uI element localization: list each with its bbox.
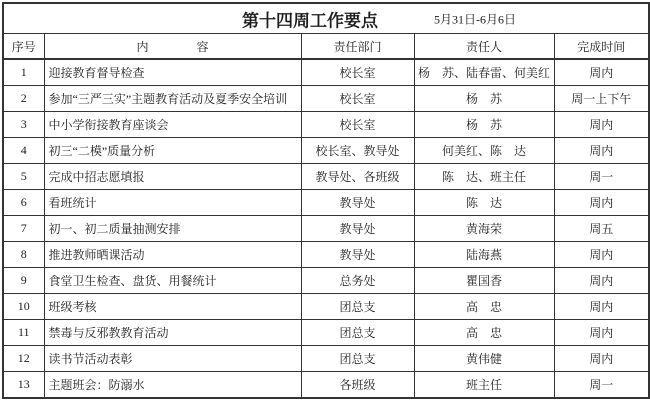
row-person-cell: 杨 苏 <box>414 86 554 112</box>
row-person-cell: 瞿国香 <box>414 268 554 294</box>
row-number-cell: 10 <box>3 294 44 320</box>
row-dept-cell: 校长室 <box>301 86 414 112</box>
row-person-cell: 黄伟健 <box>414 346 554 372</box>
row-dept-cell: 教导处 <box>301 216 414 242</box>
row-content-cell: 中小学衔接教育座谈会 <box>44 112 301 138</box>
row-deadline-cell: 周内 <box>554 242 649 268</box>
row-deadline-cell: 周五 <box>554 216 649 242</box>
table-row: 1 迎接教育督导检查 校长室 杨 苏、陆春雷、何美红 周内 <box>3 59 649 86</box>
row-person-cell: 高 忠 <box>414 294 554 320</box>
row-content-cell: 食堂卫生检查、盘货、用餐统计 <box>44 268 301 294</box>
row-content-cell: 看班统计 <box>44 190 301 216</box>
row-deadline-cell: 周内 <box>554 294 649 320</box>
table-row: 5 完成中招志愿填报 教导处、各班级 陈 达、班主任 周一 <box>3 164 649 190</box>
table-row: 13 主题班会：防溺水 各班级 班主任 周一 <box>3 372 649 399</box>
column-header-deadline: 完成时间 <box>554 34 649 60</box>
table-row: 3 中小学衔接教育座谈会 校长室 杨 苏 周内 <box>3 112 649 138</box>
row-person-cell: 陈 达、班主任 <box>414 164 554 190</box>
row-dept-cell: 团总支 <box>301 294 414 320</box>
page-title: 第十四周工作要点 <box>242 6 378 31</box>
row-number-cell: 6 <box>3 190 44 216</box>
table-row: 7 初一、初二质量抽测安排 教导处 黄海荣 周五 <box>3 216 649 242</box>
row-content-cell: 初一、初二质量抽测安排 <box>44 216 301 242</box>
row-deadline-cell: 周一 <box>554 164 649 190</box>
row-person-cell: 班主任 <box>414 372 554 399</box>
row-deadline-cell: 周内 <box>554 190 649 216</box>
table-row: 6 看班统计 教导处 陈 达 周内 <box>3 190 649 216</box>
row-content-cell: 推进教师晒课活动 <box>44 242 301 268</box>
row-content-cell: 主题班会：防溺水 <box>44 372 301 399</box>
column-header-dept: 责任部门 <box>301 34 414 60</box>
row-dept-cell: 总务处 <box>301 268 414 294</box>
row-deadline-cell: 周内 <box>554 320 649 346</box>
row-content-cell: 完成中招志愿填报 <box>44 164 301 190</box>
row-deadline-cell: 周内 <box>554 59 649 86</box>
row-deadline-cell: 周内 <box>554 268 649 294</box>
title-row: 第十四周工作要点 5月31日-6月6日 <box>3 3 649 34</box>
column-header-content: 内 容 <box>44 34 301 60</box>
row-content-cell: 初三“二模”质量分析 <box>44 138 301 164</box>
row-dept-cell: 团总支 <box>301 346 414 372</box>
row-person-cell: 陈 达 <box>414 190 554 216</box>
table-row: 11 禁毒与反邪教教育活动 团总支 高 忠 周内 <box>3 320 649 346</box>
title-cell: 第十四周工作要点 5月31日-6月6日 <box>3 3 649 34</box>
row-dept-cell: 教导处 <box>301 190 414 216</box>
row-person-cell: 陆海燕 <box>414 242 554 268</box>
row-dept-cell: 校长室 <box>301 59 414 86</box>
row-deadline-cell: 周一 <box>554 372 649 399</box>
row-number-cell: 4 <box>3 138 44 164</box>
table-row: 8 推进教师晒课活动 教导处 陆海燕 周内 <box>3 242 649 268</box>
row-deadline-cell: 周内 <box>554 138 649 164</box>
row-dept-cell: 校长室、教导处 <box>301 138 414 164</box>
row-content-cell: 参加“三严三实”主题教育活动及夏季安全培训 <box>44 86 301 112</box>
row-content-cell: 班级考核 <box>44 294 301 320</box>
row-content-cell: 迎接教育督导检查 <box>44 59 301 86</box>
column-header-person: 责任人 <box>414 34 554 60</box>
row-dept-cell: 校长室 <box>301 112 414 138</box>
row-dept-cell: 教导处、各班级 <box>301 164 414 190</box>
row-number-cell: 3 <box>3 112 44 138</box>
row-number-cell: 5 <box>3 164 44 190</box>
table-row: 2 参加“三严三实”主题教育活动及夏季安全培训 校长室 杨 苏 周一上下午 <box>3 86 649 112</box>
row-number-cell: 11 <box>3 320 44 346</box>
row-person-cell: 杨 苏 <box>414 112 554 138</box>
row-dept-cell: 团总支 <box>301 320 414 346</box>
table-row: 12 读书节活动表彰 团总支 黄伟健 周内 <box>3 346 649 372</box>
row-content-cell: 读书节活动表彰 <box>44 346 301 372</box>
row-dept-cell: 各班级 <box>301 372 414 399</box>
table-row: 4 初三“二模”质量分析 校长室、教导处 何美红、陈 达 周内 <box>3 138 649 164</box>
row-person-cell: 何美红、陈 达 <box>414 138 554 164</box>
row-number-cell: 13 <box>3 372 44 399</box>
row-number-cell: 8 <box>3 242 44 268</box>
row-number-cell: 1 <box>3 59 44 86</box>
row-number-cell: 12 <box>3 346 44 372</box>
document-page: 第十四周工作要点 5月31日-6月6日 序号 内 容 责任部门 责任人 完成时间… <box>0 0 650 404</box>
row-person-cell: 杨 苏、陆春雷、何美红 <box>414 59 554 86</box>
row-number-cell: 7 <box>3 216 44 242</box>
date-range: 5月31日-6月6日 <box>434 10 516 27</box>
row-dept-cell: 教导处 <box>301 242 414 268</box>
row-content-cell: 禁毒与反邪教教育活动 <box>44 320 301 346</box>
row-deadline-cell: 周内 <box>554 346 649 372</box>
weekly-work-table: 第十四周工作要点 5月31日-6月6日 序号 内 容 责任部门 责任人 完成时间… <box>2 2 650 399</box>
row-number-cell: 2 <box>3 86 44 112</box>
column-header-row: 序号 内 容 责任部门 责任人 完成时间 <box>3 34 649 60</box>
row-deadline-cell: 周一上下午 <box>554 86 649 112</box>
row-person-cell: 黄海荣 <box>414 216 554 242</box>
row-person-cell: 高 忠 <box>414 320 554 346</box>
row-number-cell: 9 <box>3 268 44 294</box>
table-row: 9 食堂卫生检查、盘货、用餐统计 总务处 瞿国香 周内 <box>3 268 649 294</box>
column-header-no: 序号 <box>3 34 44 60</box>
table-body: 1 迎接教育督导检查 校长室 杨 苏、陆春雷、何美红 周内 2 参加“三严三实”… <box>3 59 649 398</box>
table-row: 10 班级考核 团总支 高 忠 周内 <box>3 294 649 320</box>
row-deadline-cell: 周内 <box>554 112 649 138</box>
